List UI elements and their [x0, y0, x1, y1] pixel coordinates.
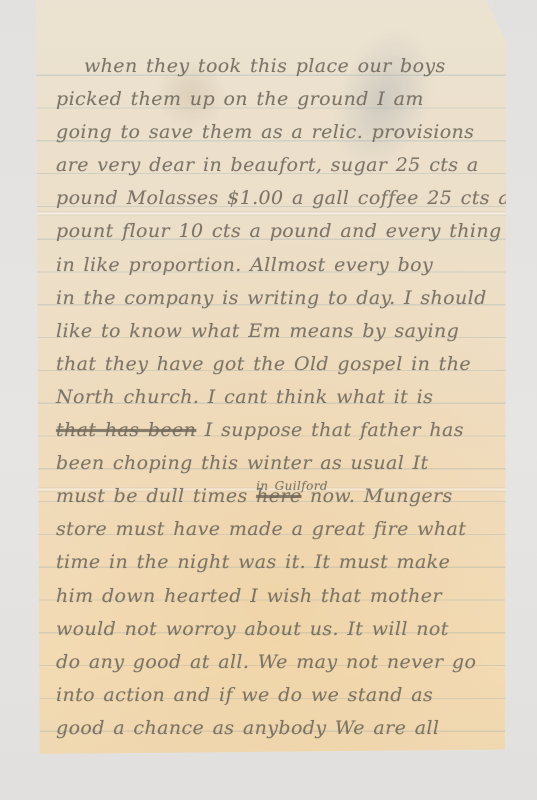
letter-line: are very dear in beaufort, sugar 25 cts …	[56, 149, 498, 182]
letter-line: would not worroy about us. It will not	[56, 613, 498, 646]
scanned-letter-page: when they took this place our boyspicked…	[0, 0, 537, 800]
handwritten-text: pount flour 10 cts a pound and every thi…	[56, 220, 502, 242]
handwritten-text: like to know what Em means by saying	[56, 320, 459, 342]
letter-line: when they took this place our boys	[56, 50, 498, 83]
struck-out-text: that has been	[56, 419, 196, 441]
letter-line: been choping this winter as usual It	[56, 447, 498, 480]
letter-line: pound Molasses $1.00 a gall coffee 25 ct…	[56, 182, 498, 215]
letter-line: do any good at all. We may not never go	[56, 646, 498, 679]
letter-line: must be dull times in Guilfordhere now. …	[56, 480, 498, 513]
handwritten-text: would not worroy about us. It will not	[56, 618, 449, 640]
handwritten-text: into action and if we do we stand as	[56, 684, 433, 706]
handwritten-text: do any good at all. We may not never go	[56, 651, 476, 673]
handwritten-text: in the company is writing to day. I shou…	[56, 287, 487, 309]
letter-line: North church. I cant think what it is	[56, 381, 498, 414]
letter-line: store must have made a great fire what	[56, 513, 498, 546]
letter-line: picked them up on the ground I am	[56, 83, 498, 116]
handwritten-text: him down hearted I wish that mother	[56, 585, 442, 607]
handwritten-text: North church. I cant think what it is	[56, 386, 433, 408]
handwritten-text: going to save them as a relic. provision…	[56, 121, 474, 143]
letter-line: into action and if we do we stand as	[56, 679, 498, 712]
letter-line: pount flour 10 cts a pound and every thi…	[56, 215, 498, 248]
handwritten-text: pound Molasses $1.00 a gall coffee 25 ct…	[56, 187, 510, 209]
handwritten-text: good a chance as anybody We are all	[56, 717, 439, 739]
letter-line: him down hearted I wish that mother	[56, 580, 498, 613]
letter-line: time in the night was it. It must make	[56, 546, 498, 579]
handwritten-text: are very dear in beaufort, sugar 25 cts …	[56, 154, 479, 176]
letter-line: in like proportion. Allmost every boy	[56, 249, 498, 282]
letter-line: like to know what Em means by saying	[56, 315, 498, 348]
handwritten-text: that they have got the Old gospel in the	[56, 353, 471, 375]
letter-line: going to save them as a relic. provision…	[56, 116, 498, 149]
letter-line: that has been I suppose that father has	[56, 414, 498, 447]
handwritten-text: picked them up on the ground I am	[56, 88, 424, 110]
letter-line: in the company is writing to day. I shou…	[56, 282, 498, 315]
handwritten-text: been choping this winter as usual It	[56, 452, 429, 474]
letter-paper: when they took this place our boyspicked…	[36, 0, 506, 754]
letter-body: when they took this place our boyspicked…	[56, 50, 498, 745]
letter-line: that they have got the Old gospel in the	[56, 348, 498, 381]
handwritten-text: store must have made a great fire what	[56, 518, 466, 540]
handwritten-text: must be dull times	[56, 485, 256, 507]
handwritten-text: I suppose that father has	[196, 419, 464, 441]
handwritten-text: time in the night was it. It must make	[56, 551, 450, 573]
handwritten-text: in like proportion. Allmost every boy	[56, 254, 433, 276]
handwritten-text: when they took this place our boys	[84, 55, 446, 77]
letter-line: good a chance as anybody We are all	[56, 712, 498, 745]
